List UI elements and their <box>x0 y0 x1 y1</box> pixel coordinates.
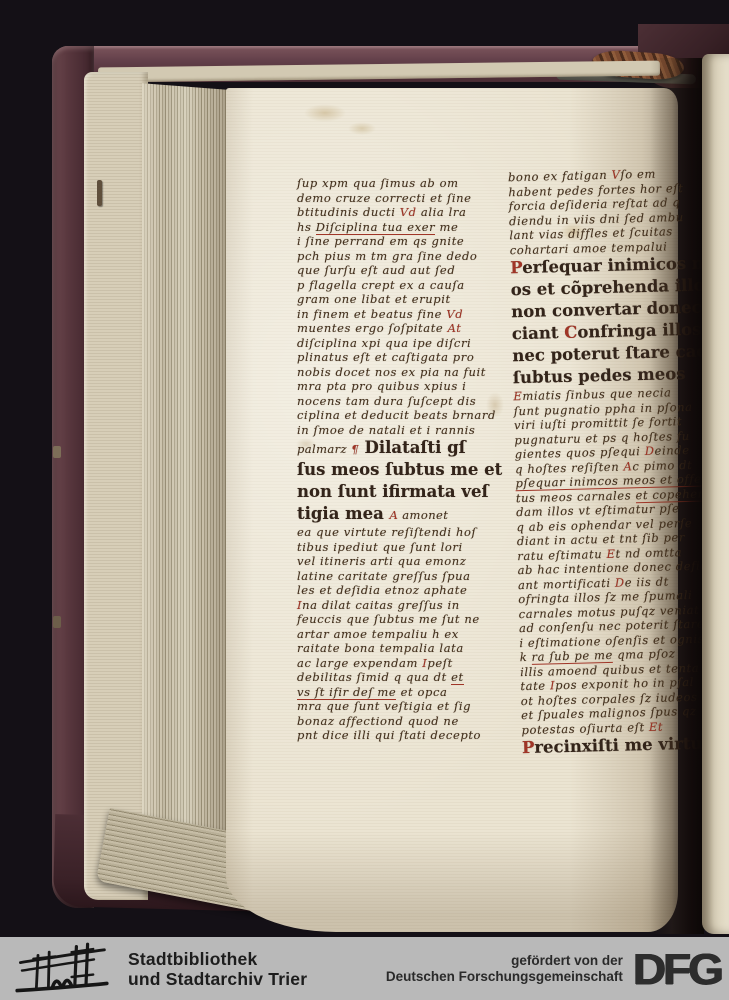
manuscript-line: raitate bona tempalia lata <box>297 641 487 656</box>
manuscript-line: mra pta pro quibus xpius i <box>297 379 487 394</box>
clasp-remnant-icon <box>53 616 61 628</box>
library-name-line2: und Stadtarchiv Trier <box>128 969 307 989</box>
manuscript-line: ciplina et deducit beats brnard <box>297 408 487 423</box>
manuscript-line: ea que virtute reſiſtendi hoſ <box>297 525 487 540</box>
library-name-line1: Stadtbibliothek <box>128 949 307 969</box>
manuscript-line: debilitas ſimid q qua dt et <box>297 670 487 685</box>
funding-credit: gefördert von der Deutschen Forschungsge… <box>386 946 729 992</box>
manuscript-line: bonaz affectiond quod ne <box>297 714 487 729</box>
text-column-left: ſup xpm qua ſimus ab omdemo cruze correc… <box>297 176 487 743</box>
manuscript-line: ſus meos ſubtus me et <box>297 459 487 481</box>
manuscript-line: ſup xpm qua ſimus ab om <box>297 176 487 191</box>
funding-line1: gefördert von der <box>386 953 623 969</box>
dfg-logo: DFG <box>633 947 721 991</box>
fox-stain <box>348 122 376 135</box>
footer-band: Stadtbibliothek und Stadtarchiv Trier ge… <box>0 937 729 1000</box>
porta-nigra-logo-icon <box>12 941 112 997</box>
manuscript-line: muentes ergo ſoſpitate At <box>297 321 487 336</box>
manuscript-line: vel itineris arti qua emonz <box>297 554 487 569</box>
manuscript-line: feuccis que ſubtus me ſut ne <box>297 612 487 627</box>
manuscript-line: latine caritate greſſus ſpua <box>297 569 487 584</box>
manuscript-line: nocens tam dura ſuſcept dis <box>297 394 487 409</box>
manuscript-line: gram one libat et erupit <box>297 292 487 307</box>
manuscript-line: artar amoe tempaliu h ex <box>297 627 487 642</box>
library-branding: Stadtbibliothek und Stadtarchiv Trier <box>0 941 307 997</box>
manuscript-line: hs Diſciplina tua exer me <box>297 220 487 235</box>
manuscript-line: nobis docet nos ex pia na fuit <box>297 365 487 380</box>
manuscript-line: demo cruze correcti et ſine <box>297 191 487 206</box>
manuscript-line: tibus ipediut que ſunt lori <box>297 540 487 555</box>
manuscript-line: i ſine perrand em qs gnite <box>297 234 487 249</box>
manuscript-line: vs ſt ifir deſ me et opca <box>297 685 487 700</box>
clasp-remnant-icon <box>53 446 61 458</box>
manuscript-line: pch pius m tm gra ſine dedo <box>297 249 487 264</box>
funding-text: gefördert von der Deutschen Forschungsge… <box>386 953 623 985</box>
manuscript-line: Ina dilat caitas greſſus in <box>297 598 487 613</box>
fox-stain <box>304 104 346 122</box>
manuscript-line: les et deſidia etnoz aphate <box>297 583 487 598</box>
manuscript-line: mra que ſunt veſtigia et ſig <box>297 699 487 714</box>
manuscript-line: p flagella crept ex a cauſa <box>297 278 487 293</box>
manuscript-line: in ſmoe de natali et i rannis <box>297 423 487 438</box>
manuscript-line: btitudinis ducti Vd alia lra <box>297 205 487 220</box>
gutter-shadow <box>650 58 704 934</box>
manuscript-line: palmarz ¶ Dilataſti gſ <box>297 437 487 459</box>
manuscript-line: non ſunt ifirmata veſ <box>297 481 487 503</box>
manuscript-line: ac large expendam Ipeſt <box>297 656 487 671</box>
manuscript-line: plinatus eſt et caſtigata pro <box>297 350 487 365</box>
library-name: Stadtbibliothek und Stadtarchiv Trier <box>128 949 307 989</box>
manuscript-line: que ſurſu eſt aud aut ſed <box>297 263 487 278</box>
manuscript-line: in finem et beatus fine Vd <box>297 307 487 322</box>
funding-line2: Deutschen Forschungsgemeinschaft <box>386 969 623 985</box>
manuscript-line: diſciplina xpi qua ipe diſcri <box>297 336 487 351</box>
clasp-remnant-icon <box>97 180 102 206</box>
manuscript-line: pnt dice illi qui ſtati decepto <box>297 728 487 743</box>
facing-page-edge <box>702 54 729 934</box>
digitized-manuscript-scan: ſup xpm qua ſimus ab omdemo cruze correc… <box>0 0 729 1000</box>
manuscript-line: tigia mea A amonet <box>297 503 487 525</box>
